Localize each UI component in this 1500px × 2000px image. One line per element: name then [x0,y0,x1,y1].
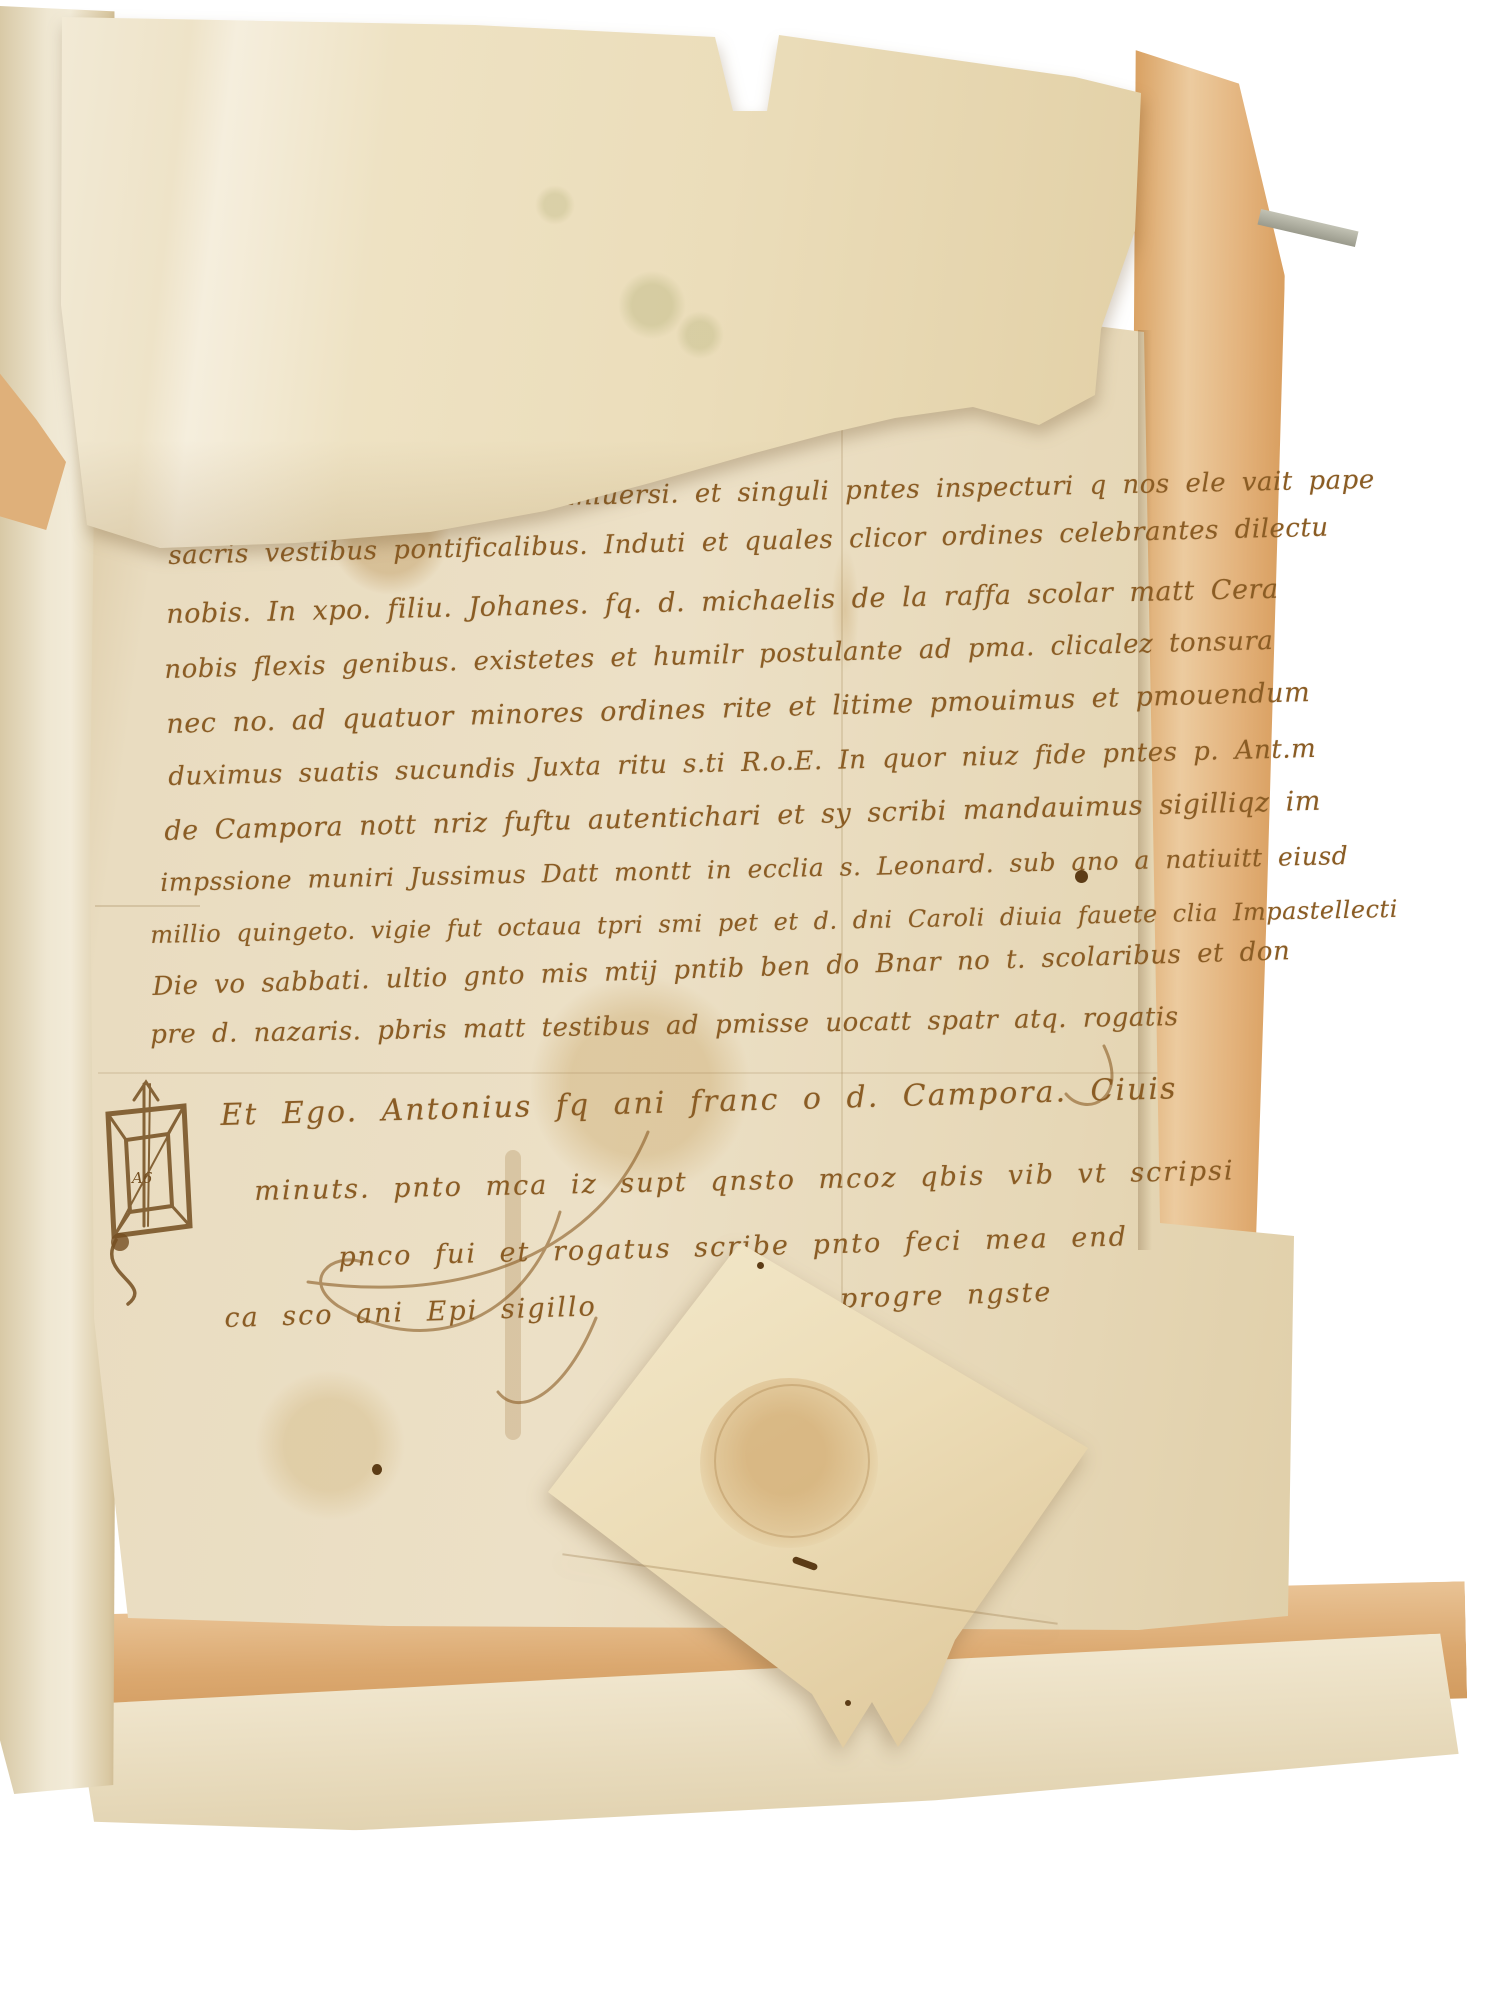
ink-blot [757,1262,764,1269]
ink-blot [845,1700,851,1706]
seal-area [0,0,1500,2000]
seal-impression-outline [714,1384,870,1538]
photograph-of-parchment-charter: uniuersi. et singuli pntes inspecturi q … [0,0,1500,2000]
